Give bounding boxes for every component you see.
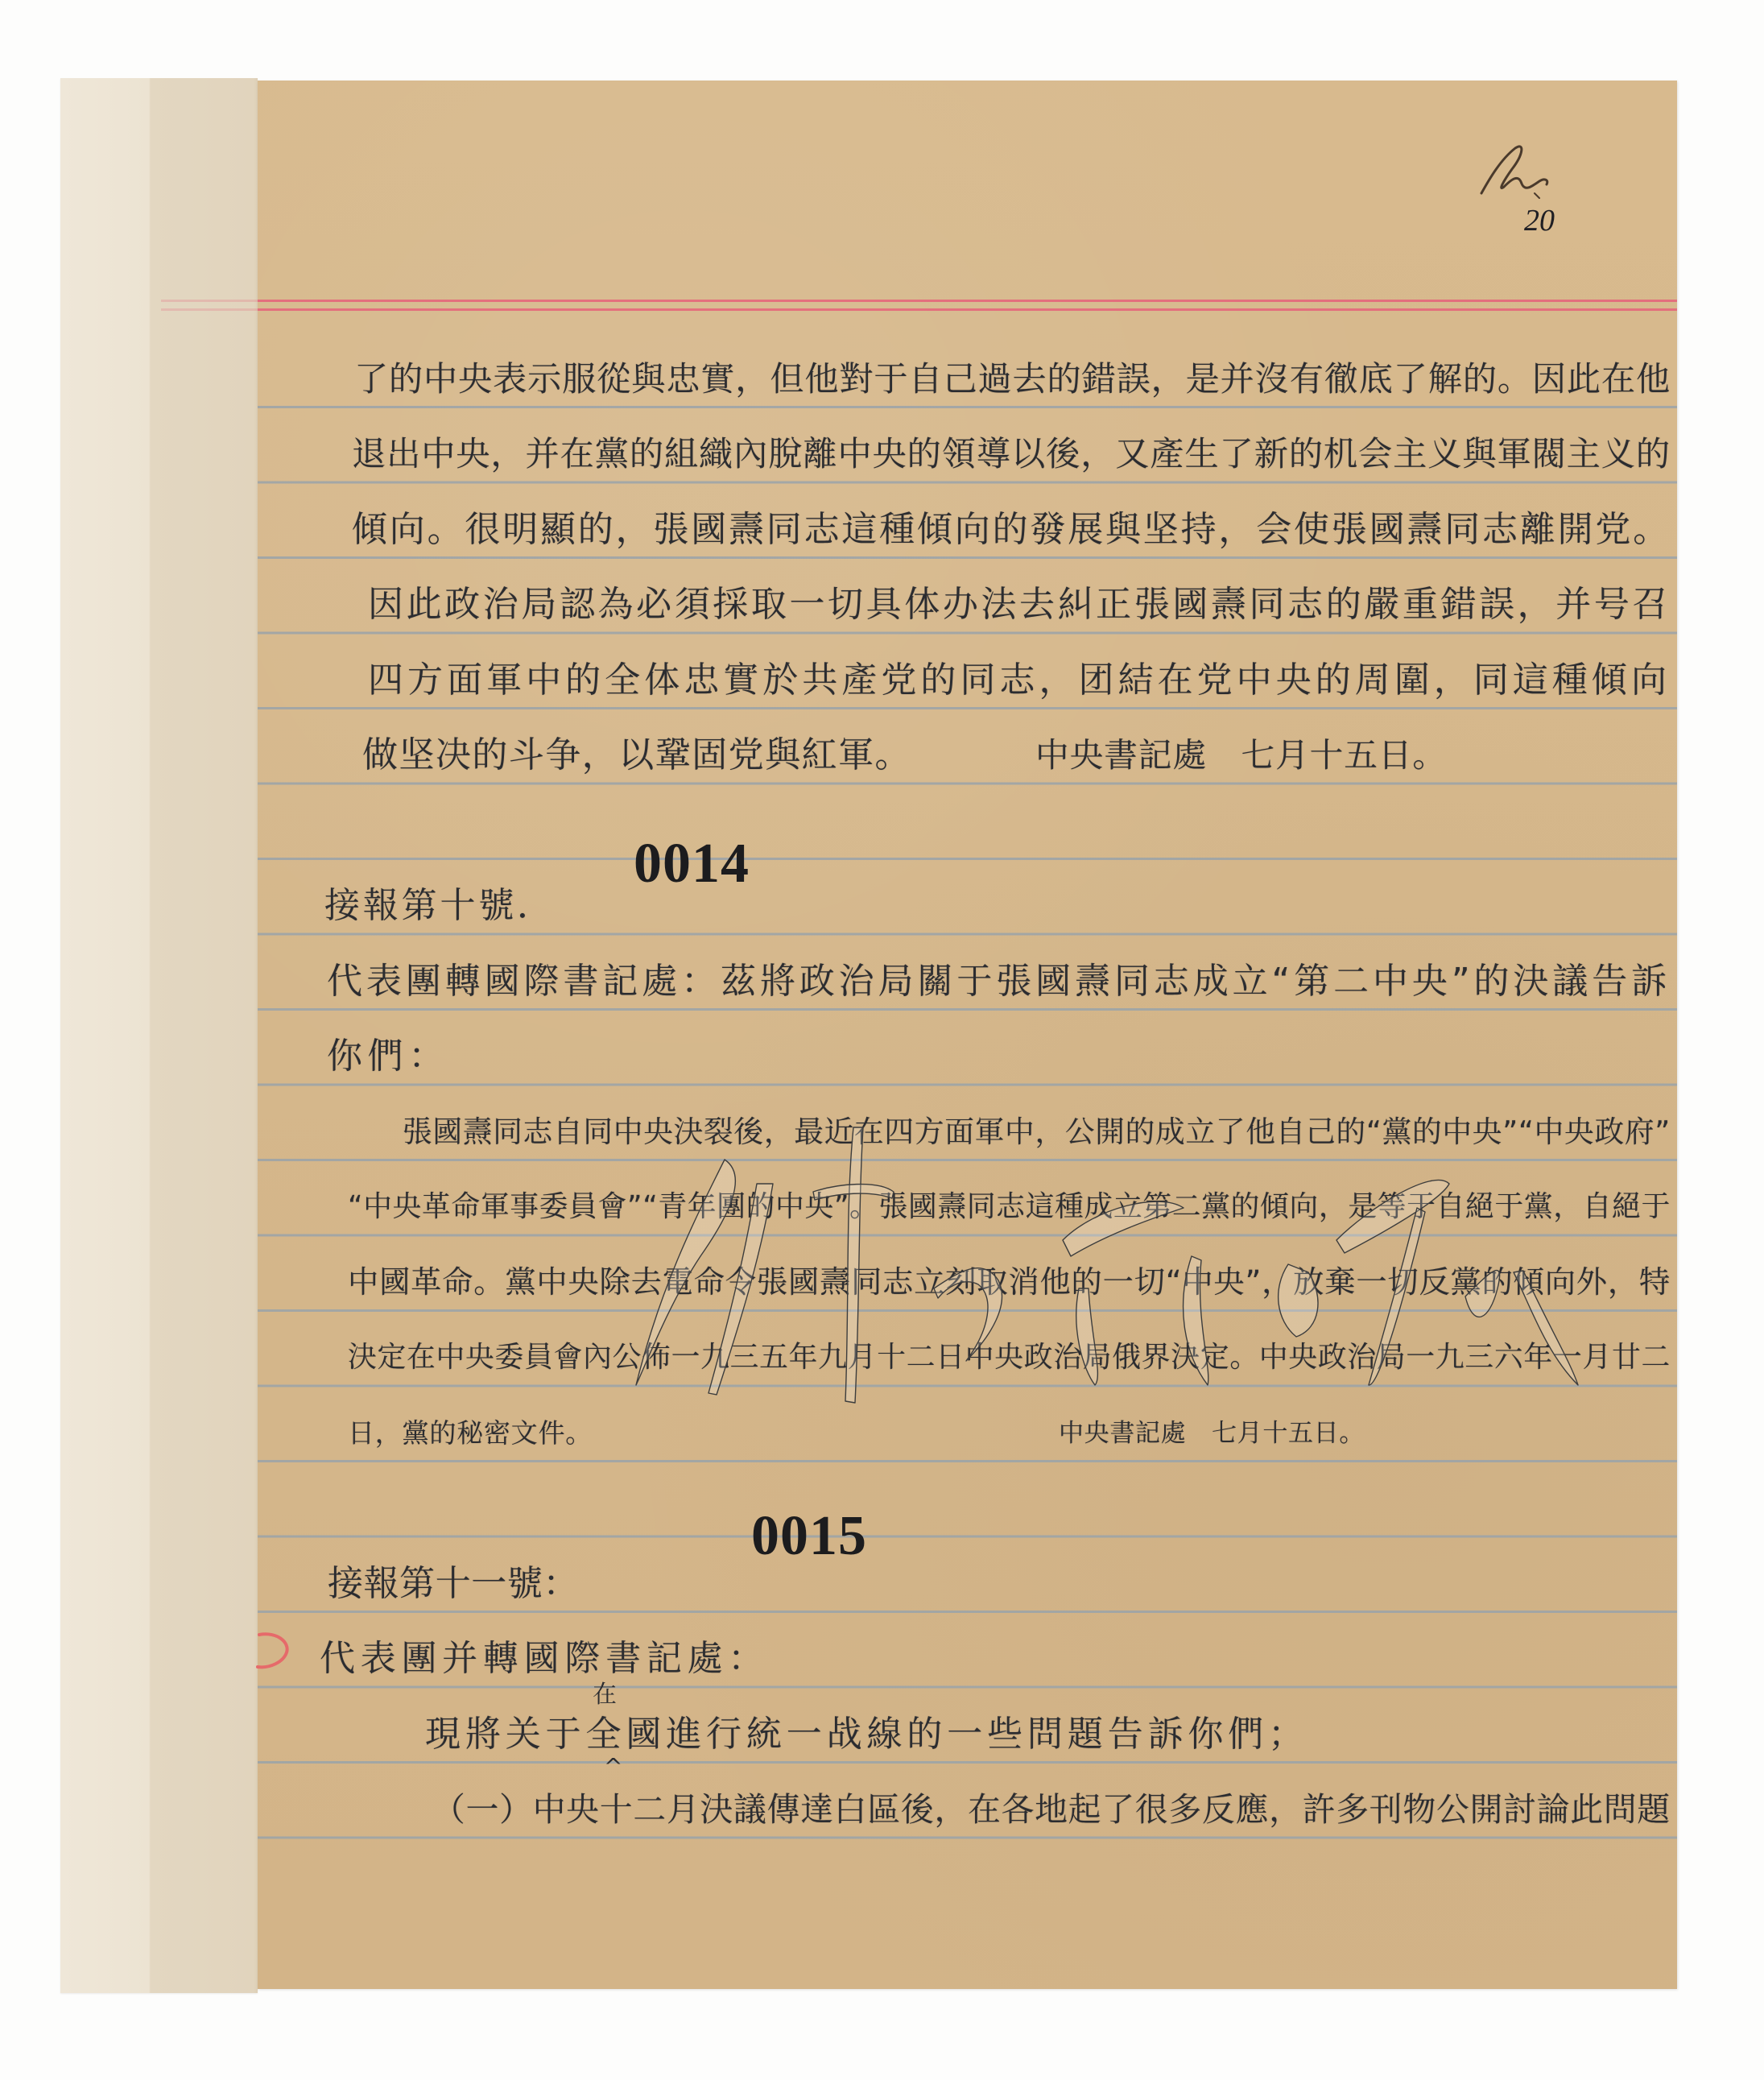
signature-line: 中央書記處 七月十五日。 <box>1059 1407 1365 1460</box>
red-header-line <box>258 300 1677 302</box>
document-number-stamp: 0014 <box>634 836 750 892</box>
inserted-correction: 在 <box>593 1683 617 1707</box>
text-line: 日，黨的秘密文件。 <box>348 1407 593 1460</box>
text-line: 了的中央表示服從與忠實，但他對于自己過去的錯誤，是并沒有徹底了解的。因此在他 <box>354 353 1671 406</box>
text-line: （一）中央十二月決議傳達白區後，在各地起了很多反應，許多刊物公開討論此問題 <box>432 1783 1671 1836</box>
document-number-stamp: 0015 <box>751 1508 867 1565</box>
text-line: 中國革命。黨中央除去電命令張國燾同志立刻取消他的一切“中央”，放棄一切反黨的傾向… <box>348 1256 1671 1309</box>
address-line: 代表團并轉國際書記處： <box>320 1632 769 1685</box>
intro-after-insertion: 全國進行統一战線的一些問題告訴你們； <box>585 1714 1308 1755</box>
signature-line: 中央書記處 七月十五日。 <box>1035 729 1447 782</box>
address-line: 你們： <box>327 1030 449 1083</box>
scanned-document-page: 20 了的中央表示服從與忠實，但他對于自己過去的錯誤，是并沒有徹底了解的。因此在… <box>0 0 1764 2080</box>
binding-tape-strip <box>60 78 258 1993</box>
text-line: 張國燾同志自同中央決裂後，最近在四方面軍中，公開的成立了他自己的“黨的中央”“中… <box>403 1106 1671 1159</box>
page-number: 20 <box>1524 203 1555 238</box>
telegram-title: 接報第十一號： <box>328 1557 579 1611</box>
telegram-title: 接報第十號． <box>324 879 556 932</box>
intro-line: 現將关于全國進行統一战線的一些問題告訴你們； <box>425 1708 1308 1761</box>
text-line: 退出中央，并在黨的組織內脫離中央的領導以後，又產生了新的机会主义與軍閥主义的 <box>352 428 1671 481</box>
text-line: 因此政治局認為必須採取一切具体办法去糾正張國燾同志的嚴重錯誤，并号召 <box>368 578 1671 631</box>
insertion-caret: ^ <box>604 1755 622 1778</box>
address-line: 代表團轉國際書記處：茲將政治局關于張國燾同志成立“第二中央”的決議告訴 <box>327 955 1671 1008</box>
red-header-line <box>258 308 1677 311</box>
text-line: 四方面軍中的全体忠實於共產党的同志，团結在党中央的周圍，同這種傾向 <box>368 654 1671 707</box>
text-line: 決定在中央委員會內公佈一九三五年九月十二日中央政治局俄界決定。中央政治局一九三六… <box>348 1331 1671 1384</box>
text-line: “中央革命軍事委員會”“青年團的中央”。張國燾同志這種成立第二黨的傾向，是等于自… <box>348 1181 1671 1234</box>
red-header-line-extension <box>161 308 258 311</box>
intro-before-insertion: 現將关于 <box>425 1714 585 1755</box>
red-header-line-extension <box>161 300 258 302</box>
text-line: 傾向。很明顯的，張國燾同志這種傾向的發展與坚持，会使張國燾同志離開党。 <box>352 503 1671 556</box>
text-line: 做坚决的斗争，以鞏固党與紅軍。 <box>362 729 911 782</box>
